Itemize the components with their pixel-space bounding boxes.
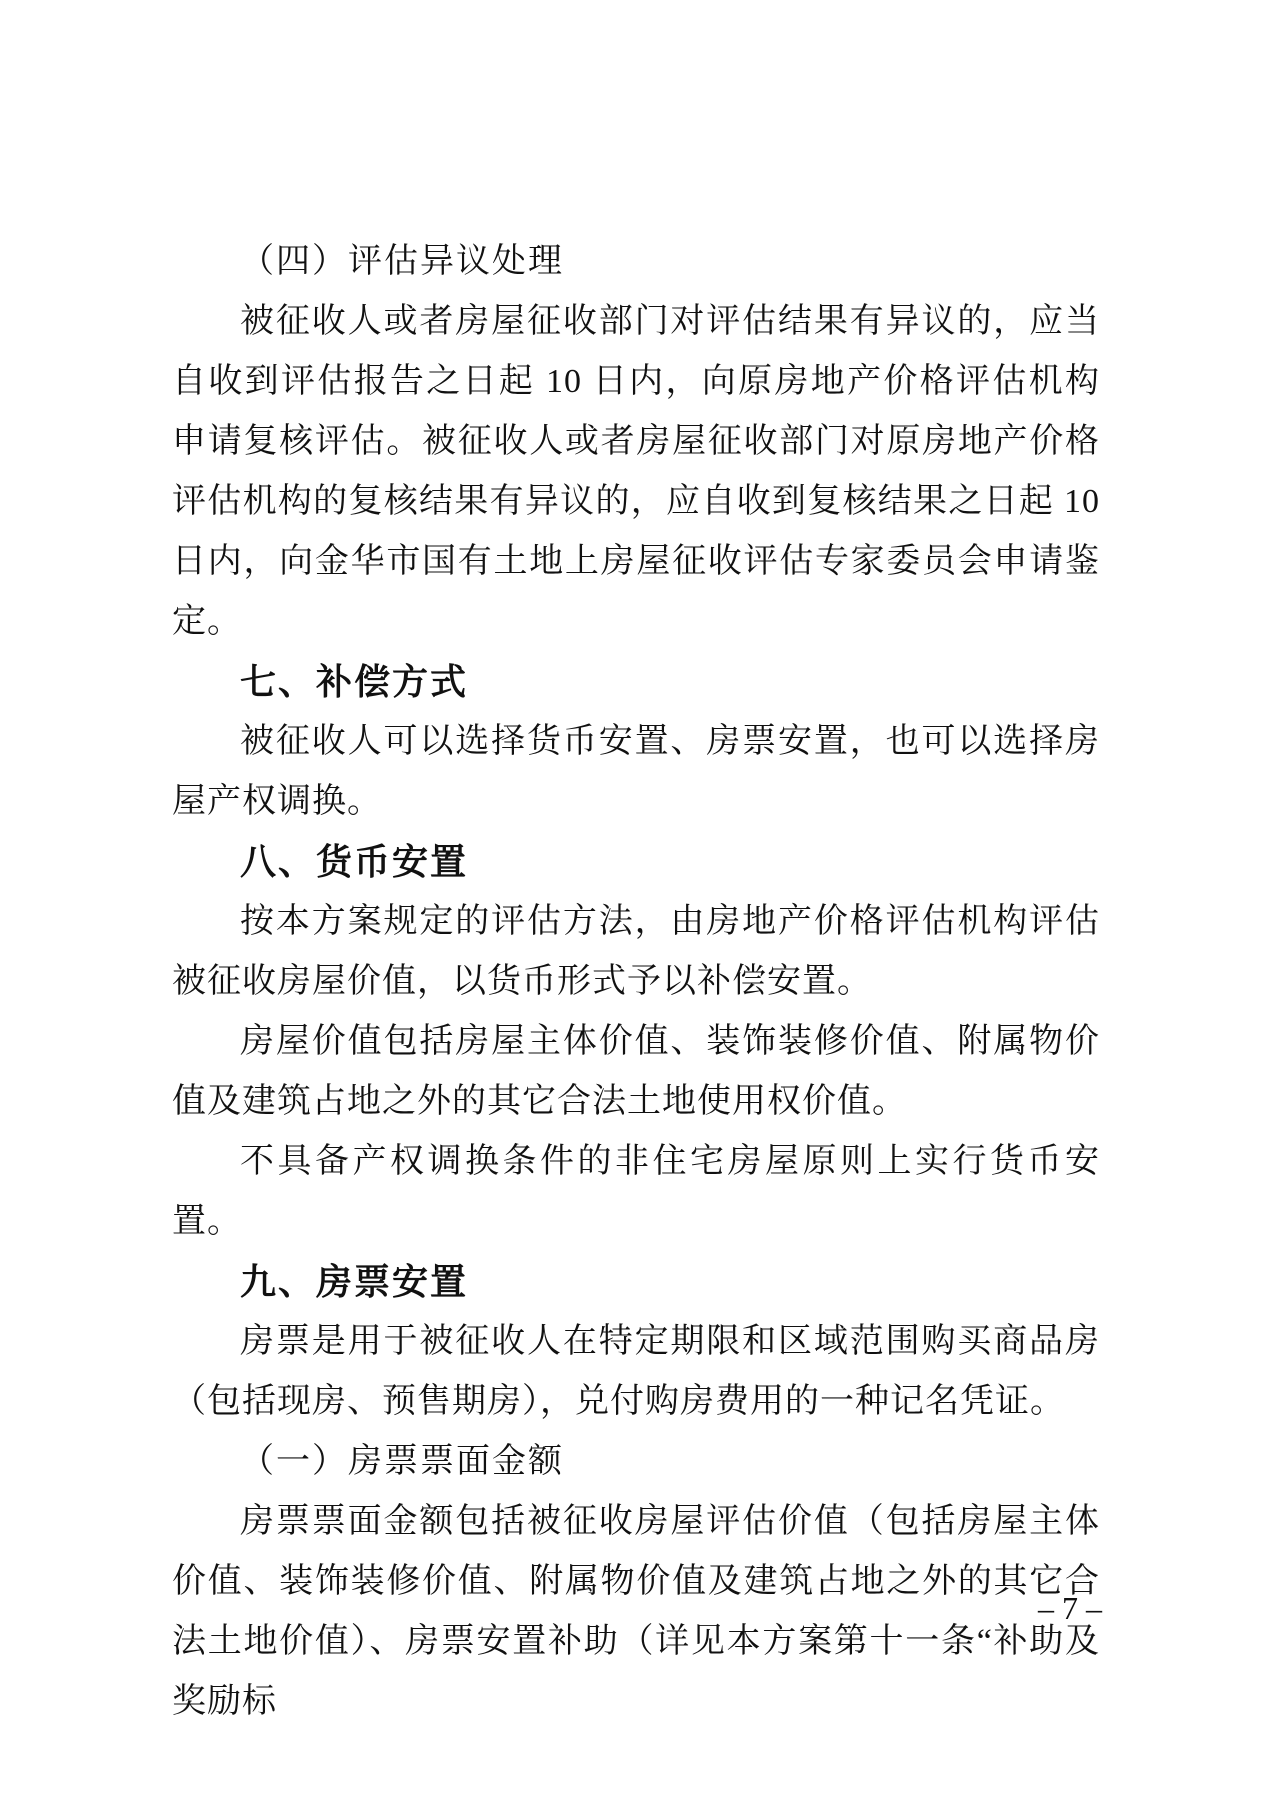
section-heading-monetary-resettlement: 八、货币安置 (172, 832, 1100, 892)
paragraph-monetary-resettlement-1: 按本方案规定的评估方法，由房地产价格评估机构评估被征收房屋价值，以货币形式予以补… (172, 892, 1100, 1012)
paragraph-housing-ticket-face-value-body: 房票票面金额包括被征收房屋评估价值（包括房屋主体价值、装饰装修价值、附属物价值及… (172, 1492, 1100, 1732)
page-number: – 7 – (1010, 1588, 1130, 1628)
paragraph-housing-ticket-definition: 房票是用于被征收人在特定期限和区域范围购买商品房（包括现房、预售期房），兑付购房… (172, 1312, 1100, 1432)
document-body: （四）评估异议处理 被征收人或者房屋征收部门对评估结果有异议的，应当自收到评估报… (172, 232, 1100, 1732)
subheading-appraisal-objection: （四）评估异议处理 (172, 232, 1100, 292)
section-heading-compensation-method: 七、补偿方式 (172, 652, 1100, 712)
paragraph-monetary-resettlement-2: 房屋价值包括房屋主体价值、装饰装修价值、附属物价值及建筑占地之外的其它合法土地使… (172, 1012, 1100, 1132)
paragraph-compensation-method-body: 被征收人可以选择货币安置、房票安置，也可以选择房屋产权调换。 (172, 712, 1100, 832)
section-heading-housing-ticket-resettlement: 九、房票安置 (172, 1252, 1100, 1312)
document-page: （四）评估异议处理 被征收人或者房屋征收部门对评估结果有异议的，应当自收到评估报… (0, 0, 1280, 1810)
paragraph-monetary-resettlement-3: 不具备产权调换条件的非住宅房屋原则上实行货币安置。 (172, 1132, 1100, 1252)
subheading-housing-ticket-face-value: （一）房票票面金额 (172, 1432, 1100, 1492)
paragraph-appraisal-objection-body: 被征收人或者房屋征收部门对评估结果有异议的，应当自收到评估报告之日起 10 日内… (172, 292, 1100, 652)
